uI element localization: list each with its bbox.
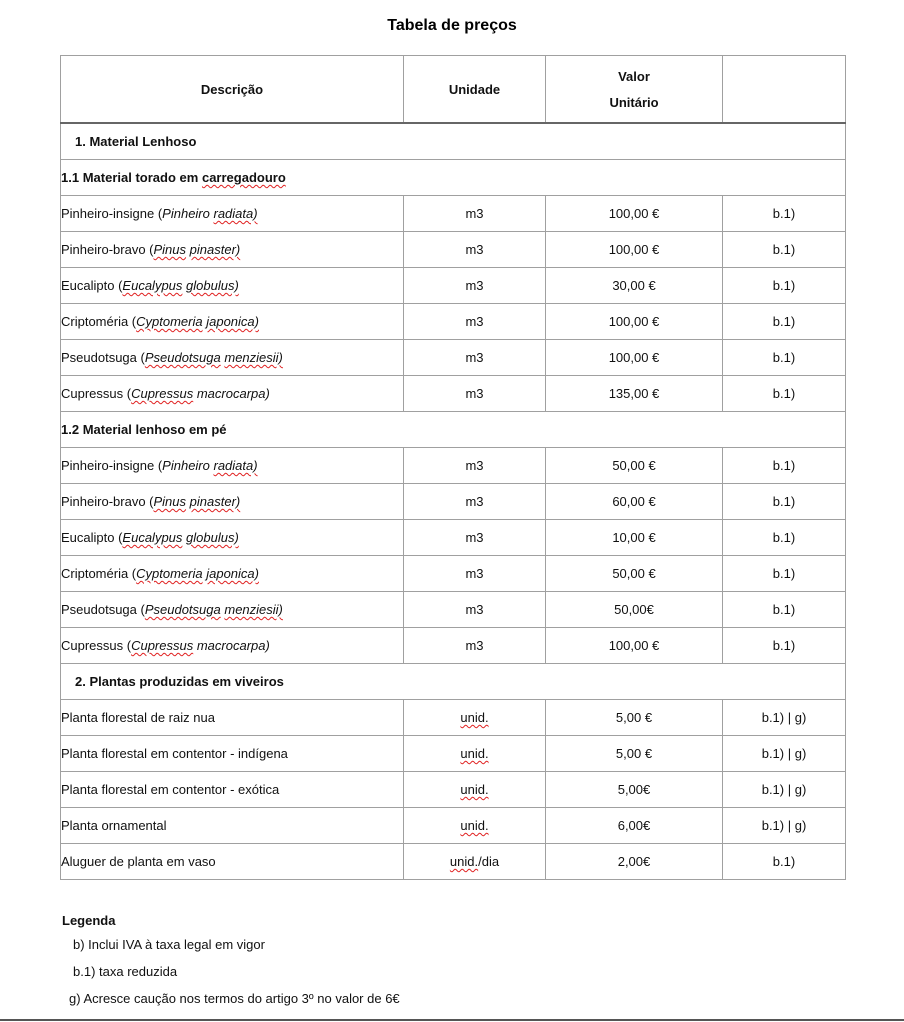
section-row: 1.2 Material lenhoso em pé [61,412,846,448]
table-row: Cupressus (Cupressus macrocarpa)m3135,00… [61,376,846,412]
item-unit: m3 [404,448,546,484]
item-note: b.1) [723,520,846,556]
item-note: b.1) [723,196,846,232]
header-unidade: Unidade [404,56,546,124]
item-description: Criptoméria (Cyptomeria japonica) [61,556,404,592]
table-row: Aluguer de planta em vasounid./dia2,00€b… [61,844,846,880]
item-unit: m3 [404,232,546,268]
item-price: 100,00 € [546,628,723,664]
table-row: Pseudotsuga (Pseudotsuga menziesii)m350,… [61,592,846,628]
price-table: Descrição Unidade Valor Unitário 1. Mate… [60,55,846,880]
item-note: b.1) [723,268,846,304]
item-description: Planta florestal em contentor - exótica [61,772,404,808]
item-price: 100,00 € [546,232,723,268]
table-header-row: Descrição Unidade Valor Unitário [61,56,846,124]
item-price: 50,00 € [546,556,723,592]
table-row: Eucalipto (Eucalypus globulus)m330,00 €b… [61,268,846,304]
page-bottom-divider [0,1019,904,1021]
item-unit: unid. [404,808,546,844]
table-row: Planta florestal em contentor - indígena… [61,736,846,772]
item-price: 5,00 € [546,700,723,736]
item-description: Cupressus (Cupressus macrocarpa) [61,376,404,412]
item-price: 6,00€ [546,808,723,844]
item-description: Pseudotsuga (Pseudotsuga menziesii) [61,592,404,628]
item-unit: m3 [404,196,546,232]
item-price: 100,00 € [546,304,723,340]
item-description: Eucalipto (Eucalypus globulus) [61,520,404,556]
header-valor-unitario: Valor Unitário [546,56,723,124]
item-description: Criptoméria (Cyptomeria japonica) [61,304,404,340]
item-note: b.1) [723,304,846,340]
item-description: Pinheiro-insigne (Pinheiro radiata) [61,196,404,232]
item-price: 50,00 € [546,448,723,484]
item-note: b.1) [723,628,846,664]
item-price: 60,00 € [546,484,723,520]
item-price: 2,00€ [546,844,723,880]
item-price: 5,00 € [546,736,723,772]
item-price: 5,00€ [546,772,723,808]
item-price: 100,00 € [546,340,723,376]
item-description: Planta florestal de raiz nua [61,700,404,736]
table-row: Pinheiro-insigne (Pinheiro radiata)m3100… [61,196,846,232]
section-row: 1. Material Lenhoso [61,123,846,160]
item-description: Planta florestal em contentor - indígena [61,736,404,772]
table-row: Pinheiro-bravo (Pinus pinaster)m3100,00 … [61,232,846,268]
item-unit: unid./dia [404,844,546,880]
legend-item: b.1) taxa reduzida [62,963,400,990]
item-unit: m3 [404,628,546,664]
item-description: Cupressus (Cupressus macrocarpa) [61,628,404,664]
item-description: Eucalipto (Eucalypus globulus) [61,268,404,304]
section-title: 1.1 Material torado em carregadouro [61,160,846,196]
item-note: b.1) | g) [723,772,846,808]
table-row: Pseudotsuga (Pseudotsuga menziesii)m3100… [61,340,846,376]
section-title: 1. Material Lenhoso [61,123,846,160]
item-price: 50,00€ [546,592,723,628]
section-title: 2. Plantas produzidas em viveiros [61,664,846,700]
legend-item: g) Acresce caução nos termos do artigo 3… [62,990,400,1017]
table-row: Cupressus (Cupressus macrocarpa)m3100,00… [61,628,846,664]
item-price: 135,00 € [546,376,723,412]
item-note: b.1) [723,376,846,412]
table-row: Planta ornamentalunid.6,00€b.1) | g) [61,808,846,844]
item-unit: m3 [404,556,546,592]
header-notes [723,56,846,124]
item-note: b.1) | g) [723,808,846,844]
table-row: Criptoméria (Cyptomeria japonica)m350,00… [61,556,846,592]
table-row: Planta florestal de raiz nuaunid.5,00 €b… [61,700,846,736]
item-unit: unid. [404,736,546,772]
item-price: 10,00 € [546,520,723,556]
table-body: 1. Material Lenhoso1.1 Material torado e… [61,123,846,880]
section-title: 1.2 Material lenhoso em pé [61,412,846,448]
item-note: b.1) | g) [723,700,846,736]
item-note: b.1) [723,484,846,520]
item-unit: m3 [404,520,546,556]
table-row: Criptoméria (Cyptomeria japonica)m3100,0… [61,304,846,340]
table-row: Planta florestal em contentor - exóticau… [61,772,846,808]
item-description: Pinheiro-bravo (Pinus pinaster) [61,232,404,268]
legend-item: b) Inclui IVA à taxa legal em vigor [62,936,400,963]
item-unit: m3 [404,304,546,340]
legend: Legenda b) Inclui IVA à taxa legal em vi… [62,913,400,1017]
item-description: Pseudotsuga (Pseudotsuga menziesii) [61,340,404,376]
header-valor-line1: Valor [618,69,650,84]
item-note: b.1) | g) [723,736,846,772]
page-title: Tabela de preços [0,17,904,35]
item-unit: unid. [404,772,546,808]
item-description: Pinheiro-insigne (Pinheiro radiata) [61,448,404,484]
item-note: b.1) [723,448,846,484]
item-unit: m3 [404,484,546,520]
item-unit: m3 [404,268,546,304]
item-price: 100,00 € [546,196,723,232]
section-row: 1.1 Material torado em carregadouro [61,160,846,196]
item-note: b.1) [723,340,846,376]
legend-title: Legenda [62,913,400,928]
item-description: Planta ornamental [61,808,404,844]
header-descricao: Descrição [61,56,404,124]
item-description: Aluguer de planta em vaso [61,844,404,880]
table-row: Pinheiro-bravo (Pinus pinaster)m360,00 €… [61,484,846,520]
table-row: Eucalipto (Eucalypus globulus)m310,00 €b… [61,520,846,556]
header-valor-line2: Unitário [546,95,722,110]
item-unit: m3 [404,376,546,412]
item-unit: m3 [404,592,546,628]
item-note: b.1) [723,232,846,268]
item-price: 30,00 € [546,268,723,304]
item-note: b.1) [723,844,846,880]
table-row: Pinheiro-insigne (Pinheiro radiata)m350,… [61,448,846,484]
item-unit: m3 [404,340,546,376]
section-row: 2. Plantas produzidas em viveiros [61,664,846,700]
item-note: b.1) [723,556,846,592]
item-description: Pinheiro-bravo (Pinus pinaster) [61,484,404,520]
item-note: b.1) [723,592,846,628]
item-unit: unid. [404,700,546,736]
